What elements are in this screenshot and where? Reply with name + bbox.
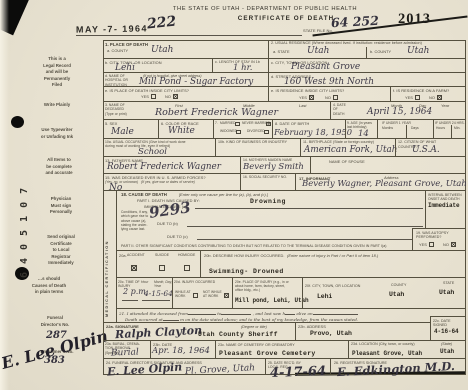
field-injury-at-work: 20d. INJURY OCCURRED WHILE AT WORK NOT W… [172, 277, 232, 308]
cemetery-state-value: Utah [440, 349, 454, 355]
place-of-injury-value: Mill pond, Lehi, Utah [235, 298, 309, 304]
homicide-label: HOMICIDE [178, 253, 195, 257]
hour-header: Hour [141, 280, 148, 284]
interval-label: INTERVAL BETWEEN ONSET AND DEATH [428, 193, 462, 202]
social-security-label: 16. SOCIAL SECURITY NO. [243, 175, 293, 179]
field-time-of-injury: 20c. TIME OF INJURY Hour Month, Day, Yea… [116, 277, 172, 308]
suicide-label: SUICIDE [155, 253, 169, 257]
birthplace-value: American Fork, Utah [304, 146, 397, 155]
field-father-name: 13. FATHER'S NAME Robert Frederick Wagne… [103, 156, 240, 173]
blank-h [285, 311, 295, 315]
checkbox-married [235, 122, 240, 127]
farm-yes-label: YES [405, 95, 413, 100]
hours-label: Hours [436, 126, 445, 130]
mdy-header: Month, Day, Year [154, 280, 172, 289]
field-manner-of-death: 20a. ACCIDENT SUICIDE HOMICIDE [116, 250, 200, 277]
due-to-b-label: DUE TO (b) [157, 221, 178, 226]
residence-state-value: Utah [307, 47, 329, 56]
field-length-of-stay: c. LENGTH OF STAY IN 1b 1 hr. [212, 58, 268, 72]
field-place-city: b. CITY, TOWN, OR LOCATION Lehi [103, 58, 212, 72]
injury-county-value: Utah [389, 292, 404, 299]
field-funeral-director: 24. FUNERAL DIRECTOR'S SIGNATURE AND ADD… [103, 358, 265, 375]
field-citizen: 12. CITIZEN OF WHAT COUNTRY? U.S.A. [395, 138, 466, 156]
how-injury-label: 20b. DESCRIBE HOW INJURY OCCURRED. [204, 253, 284, 258]
injury-city-value: Lehi [317, 294, 332, 301]
cemetery-location-value: Pleasant Grove, Utah [352, 351, 422, 357]
field-attendance-statement: 21. I attended the deceased from to , an… [116, 308, 466, 322]
margin-note-all-items: All Items to be complete and accurate [30, 157, 88, 177]
field-place-city-limits: e. IS PLACE OF DEATH INSIDE CITY LIMITS?… [103, 86, 268, 101]
field-certifier-address: 22b. ADDRESS Provo, Utah [295, 322, 430, 340]
place-limits-no-label: NO [165, 94, 171, 99]
handwritten-scribble: 9293 [148, 200, 191, 221]
checkbox-suicide [159, 265, 165, 271]
margin-note-write-plainly: Write Plainly [28, 102, 86, 109]
sex-value: Male [111, 128, 134, 137]
field-autopsy: 19. WAS AUTOPSY PERFORMED? YES NO [412, 228, 466, 250]
field-hospital: d. NAME OF HOSPITAL OR INSTITUTION (If n… [103, 72, 268, 86]
injury-state-label: STATE [443, 281, 454, 286]
cause-line-a [195, 208, 423, 209]
hole-punch-top [11, 116, 24, 128]
medical-certification-band: MEDICAL CERTIFICATION [103, 190, 116, 322]
checkbox-residence-limits-yes [309, 95, 314, 100]
deceased-name-value: Robert Frederick Wagner [155, 108, 278, 118]
marital-number: 7. [215, 121, 218, 125]
cause-line-c [197, 239, 413, 240]
margin-note-physician: Physician Must sign Personally [32, 196, 90, 216]
last-saw-text: , and last saw h [253, 311, 285, 316]
burial-date-value: Apr. 18, 1964 [152, 347, 210, 356]
conditions-note: Conditions, if any, which gave rise to a… [121, 210, 148, 231]
place-city-limits-label: e. IS PLACE OF DEATH INSIDE CITY LIMITS? [105, 88, 189, 93]
place-limits-yes-label: YES [141, 94, 149, 99]
residence-limits-yes-label: YES [299, 95, 307, 100]
checkbox-farm-yes [415, 95, 420, 100]
field-under-1-year: IF UNDER 1 YEAR Months Days [377, 119, 433, 138]
citizen-value: U.S.A. [412, 146, 440, 155]
under-24-hrs-label: IF UNDER 24 HRS. [435, 121, 465, 125]
informant-value: Beverly Wagner, Pleasant Grove, Utah [302, 180, 467, 189]
field-burial-type: 23a. BURIAL, CREMA- TION, REMOVAL (Speci… [103, 340, 150, 358]
field-usual-residence: 2. USUAL RESIDENCE (Where deceased lived… [268, 40, 466, 58]
how-injury-value: Swimming- Drowned [209, 269, 284, 276]
field-interval: INTERVAL BETWEEN ONSET AND DEATH Immedia… [425, 190, 466, 228]
checkbox-not-while-at-work [224, 293, 229, 298]
immediate-cause-value: Drowning [250, 199, 286, 206]
field-spouse-name: NAME OF SPOUSE [310, 156, 466, 173]
farm-label: f. IS RESIDENCE ON A FARM? [393, 88, 449, 93]
checkbox-place-limits-no [173, 94, 178, 99]
widowed-label: WIDOWED [220, 129, 237, 133]
field-place-of-death: 1. PLACE OF DEATH a. COUNTY Utah [103, 40, 268, 58]
date-of-birth-label: 8. DATE OF BIRTH [275, 121, 309, 126]
certifier-title-value: Utah County Sheriff [198, 332, 278, 339]
field-street-address: d. STREET ADDRESS 160 West 9th North [268, 72, 466, 86]
checkbox-place-limits-yes [151, 94, 156, 99]
injury-hour-underline [122, 300, 138, 301]
residence-limits-label: e. IS RESIDENCE INSIDE CITY LIMITS? [271, 88, 344, 93]
residence-county-label: b. COUNTY [370, 49, 391, 54]
field-residence-city: c. CITY, TOWN, OR LOCATION Pleasant Grov… [268, 58, 466, 72]
injury-county-label: COUNTY [391, 283, 406, 288]
date-signed-value: 4-16-64 [434, 329, 459, 335]
field-social-security: 16. SOCIAL SECURITY NO. [240, 173, 295, 190]
checkbox-farm-no [437, 95, 442, 100]
cemetery-name-value: Pleasant Grove Cemetery [219, 351, 316, 358]
cemetery-location-label: 23d. LOCATION (City, town, or county) [351, 342, 415, 347]
sex-label: 5. SEX [105, 121, 117, 126]
field-place-of-injury: 20e. PLACE OF INJURY (e.g., in or about … [232, 277, 302, 308]
kind-of-business-label: 10b. KIND OF BUSINESS OR INDUSTRY [218, 140, 287, 145]
burial-type-value: Burial [111, 349, 139, 359]
months-label: Months [382, 126, 393, 130]
field-color-race: 6. COLOR OR RACE White [158, 119, 213, 138]
dod-year-header: Year [441, 103, 449, 108]
certifier-signature-script: Ralph Clayton [115, 325, 203, 341]
field-date-received: 25. DATE REC'D. BY LOCAL REG. 4-17-64 [265, 358, 330, 375]
alive-on-text: alive on [296, 311, 312, 316]
cemetery-name-label: 23c. NAME OF CEMETERY OR CREMATORY [218, 343, 295, 348]
farm-no-label: NO [429, 95, 435, 100]
place-county-value: Utah [151, 46, 173, 55]
blank-time [163, 317, 179, 321]
field-marital-status: 7. MARRIED NEVER MARRIED WIDOWED DIVORCE… [213, 119, 272, 138]
degree-or-title-hint: (Degree or title) [241, 325, 267, 330]
checkbox-residence-limits-no [333, 95, 338, 100]
field-injury-location: 20f. CITY, TOWN, OR LOCATION COUNTY STAT… [302, 277, 466, 308]
months-days-divider [406, 125, 407, 139]
field-residence-farm: f. IS RESIDENCE ON A FARM? YES NO [390, 86, 466, 101]
blank-from [188, 311, 216, 315]
date-of-birth-value: February 18, 1950 [274, 128, 352, 136]
checkbox-accident [131, 265, 137, 271]
min-label: Min. [454, 126, 460, 130]
color-race-value: White [168, 127, 195, 136]
field-sex: 5. SEX Male [103, 119, 158, 138]
field-date-of-birth: 8. DATE OF BIRTH February 18, 1950 [272, 119, 345, 138]
field-kind-of-business: 10b. KIND OF BUSINESS OR INDUSTRY [215, 138, 300, 156]
paper-edge-highlight [0, 0, 9, 390]
blank-to [221, 311, 251, 315]
death-occurred-text: Death occurred at [125, 317, 163, 322]
checkbox-divorced [264, 130, 269, 135]
margin-note-legal-record: This is a Legal Record and will be Perma… [28, 56, 86, 89]
field-name-of-deceased: 3. NAME OF DECEASED (Type or print) Firs… [103, 101, 330, 119]
serial-number-vertical: 6405107 [20, 130, 30, 278]
autopsy-label: 19. WAS AUTOPSY PERFORMED? [416, 231, 449, 240]
checkbox-autopsy-yes [429, 242, 434, 247]
field-date-signed: 22c. DATE SIGNED 4-16-64 [430, 316, 466, 340]
field-birthplace: 11. BIRTHPLACE (State or foreign country… [300, 138, 395, 156]
stamp-underline [76, 35, 302, 36]
margin-note-use-typewriter: Use Typewriter or Unfading Ink [28, 127, 86, 140]
interval-value: Immediate [428, 203, 460, 209]
part2-label: PART II. OTHER SIGNIFICANT CONDITIONS CO… [121, 244, 387, 249]
received-number-handwritten: 222 [146, 15, 177, 32]
field-burial-date: 23b. DATE Apr. 18, 1964 [150, 340, 215, 358]
page-title: THE STATE OF UTAH - DEPARTMENT OF PUBLIC… [150, 7, 380, 13]
usual-residence-label: 2. USUAL RESIDENCE (Where deceased lived… [271, 41, 463, 46]
field-certifier-signature: 22a. SIGNATURE Ralph Clayton (Degree or … [103, 322, 295, 340]
father-name-value: Robert Frederick Wagner [107, 163, 221, 172]
hospital-value: Mill Pond - Sugar Factory [139, 78, 253, 87]
field-registrar-signature: 26. REGISTRAR'S SIGNATURE E. Edkington M… [330, 358, 466, 375]
checkbox-while-at-work [193, 293, 198, 298]
manner-number: 20a. [119, 253, 127, 258]
field-mother-name: 14. MOTHER'S MAIDEN NAME Beverly Smith [240, 156, 310, 173]
accident-label: ACCIDENT [127, 253, 145, 257]
date-of-death-value: April 15, 1964 [367, 108, 432, 117]
date-of-death-label: 4. DATE OF DEATH [333, 103, 346, 116]
cemetery-state-hint: (State) [441, 342, 452, 347]
field-age: 9. AGE (In years last birthday) 14 [345, 119, 377, 138]
autopsy-no-label: NO [443, 242, 449, 247]
medical-certification-label: MEDICAL CERTIFICATION [106, 197, 110, 317]
certifier-address-value: Provo, Utah [310, 331, 352, 338]
deceased-name-label: 3. NAME OF DECEASED (Type or print) [105, 103, 127, 116]
mother-name-value: Beverly Smith [243, 163, 304, 172]
cause-line-b [187, 226, 423, 227]
field-usual-occupation: 10a. USUAL OCCUPATION (Give kind of work… [103, 138, 215, 156]
birthplace-label: 11. BIRTHPLACE (State or foreign country… [303, 140, 374, 145]
injury-date-underline [142, 300, 170, 301]
checkbox-homicide [184, 265, 190, 271]
place-of-injury-label: 20e. PLACE OF INJURY (e.g., in or about … [235, 280, 289, 293]
attended-from-text: 21. I attended the deceased from [119, 311, 188, 316]
not-while-at-work-label: NOT WHILE AT WORK [203, 290, 222, 299]
margin-funeral-director-no-label: Funeral Director's No. [24, 315, 86, 328]
how-injury-hint: (Enter nature of injury in Part I or Par… [287, 253, 378, 258]
field-residence-city-limits: e. IS RESIDENCE INSIDE CITY LIMITS? YES … [268, 86, 390, 101]
date-received-value: 4-17-64 [270, 365, 326, 380]
due-to-c-label: DUE TO (c) [167, 234, 188, 239]
days-label: Days [411, 126, 419, 130]
field-under-24-hrs: IF UNDER 24 HRS. Hours Min. [433, 119, 466, 138]
field-how-injury-occurred: 20b. DESCRIBE HOW INJURY OCCURRED. (Ente… [200, 250, 466, 277]
funeral-director-address: Pl. Grove, Utah [185, 364, 255, 377]
residence-city-value: Pleasant Grove [291, 63, 360, 72]
certifier-address-label: 22b. ADDRESS [298, 324, 326, 329]
field-armed-forces: 15. WAS DECEASED EVER IN U. S. ARMED FOR… [103, 173, 240, 190]
causes-stated-text: m on the date stated above; and to the b… [180, 317, 358, 322]
name-last-header: Last [299, 103, 307, 108]
autopsy-yes-label: YES [419, 242, 427, 247]
blank-alive [313, 311, 358, 315]
margin-note-plain-terms: …s should Causes of Death in plain terms [12, 276, 86, 296]
checkbox-autopsy-no [451, 242, 456, 247]
checkbox-widowed [236, 130, 241, 135]
place-of-death-label: 1. PLACE OF DEATH [105, 42, 148, 48]
injury-city-label: 20f. CITY, TOWN, OR LOCATION [305, 284, 360, 289]
spouse-name-label: NAME OF SPOUSE [329, 159, 365, 164]
married-label: MARRIED [220, 121, 236, 125]
residence-limits-no-label: NO [325, 95, 331, 100]
received-date-stamp: MAY -7- 1964 [76, 24, 148, 34]
residence-county-value: Utah [407, 47, 429, 56]
residence-a-b-divider [366, 47, 367, 58]
field-cemetery-name: 23c. NAME OF CEMETERY OR CREMATORY Pleas… [215, 340, 348, 358]
field-informant: 17. INFORMANT Address Beverly Wagner, Pl… [295, 173, 466, 190]
divorced-label: DIVORCED [247, 129, 265, 133]
injury-state-value: Utah [439, 290, 454, 297]
hours-min-divider [451, 125, 452, 139]
date-of-injury-value: 4-15-64 [144, 290, 173, 298]
margin-note-send-original: Send original Certificate to Local Regis… [32, 234, 90, 267]
field-date-of-death: 4. DATE OF DEATH Month Day Year April 15… [330, 101, 466, 119]
checkbox-never-married [266, 122, 271, 127]
place-county-label: a. COUNTY [107, 48, 128, 53]
date-signed-label: 22c. DATE SIGNED [433, 319, 465, 328]
residence-state-label: a. STATE [273, 49, 290, 54]
registrar-signature-script: E. Edkington M.D. [337, 361, 455, 379]
death-certificate-scan: THE STATE OF UTAH - DEPARTMENT OF PUBLIC… [0, 0, 468, 390]
field-cemetery-location: 23d. LOCATION (City, town, or county) (S… [348, 340, 466, 358]
while-at-work-label: WHILE AT WORK [175, 290, 191, 299]
injury-occurred-label: 20d. INJURY OCCURRED [174, 280, 215, 284]
